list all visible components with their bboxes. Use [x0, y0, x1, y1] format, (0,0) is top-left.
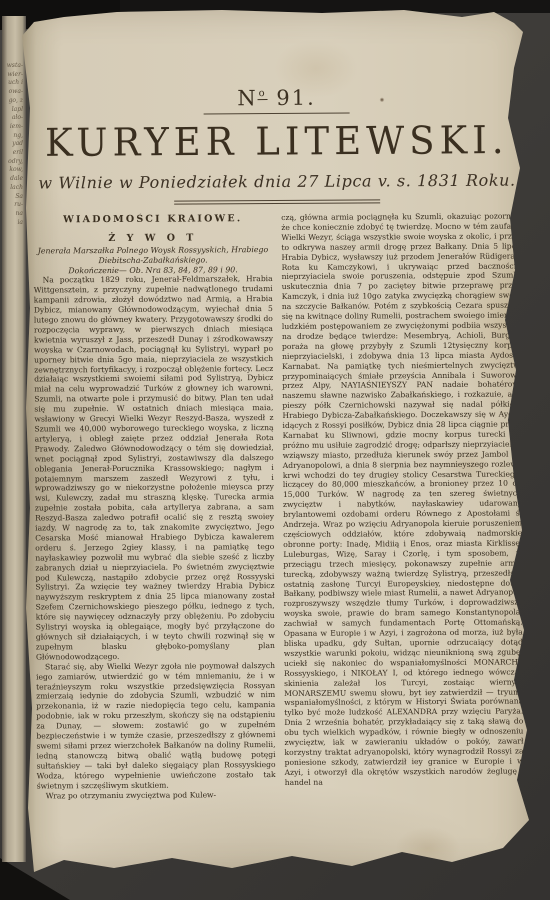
- issue-superscript: o: [258, 88, 268, 100]
- article-title: Ż Y W O T: [33, 232, 272, 244]
- masthead: No 91. KURYER LITEWSKI. w Wilnie w Ponie…: [32, 85, 521, 206]
- issue-rule: [204, 113, 350, 115]
- left-column: WIADOMOŚCI KRAIOWE. Ż Y W O T Jenerała M…: [33, 213, 276, 810]
- dateline: w Wilnie w Poniedziałek dnia 27 Lipca v.…: [33, 171, 521, 193]
- issue-digits: 91.: [268, 86, 316, 110]
- paragraph: Wraz po otrzymaniu zwycięztwa pod Kulew-: [37, 790, 276, 801]
- article-subtitle: Jenerała Marszałka Polnego Woysk Rossyys…: [33, 245, 272, 266]
- right-column: czą, główna armia pociągnęła ku Szumli, …: [281, 212, 524, 809]
- adjacent-page-edge: wsta- wier- uch i owa- go, z lapl ało- i…: [2, 16, 26, 862]
- newspaper-scan: wsta- wier- uch i owa- go, z lapl ało- i…: [0, 0, 550, 900]
- paragraph: Na początku 1829 roku, Jenerał-Feldmarsz…: [34, 274, 275, 662]
- article-columns: WIADOMOŚCI KRAIOWE. Ż Y W O T Jenerała M…: [33, 212, 525, 811]
- issue-prefix: N: [237, 86, 258, 110]
- section-header: WIADOMOŚCI KRAIOWE.: [33, 213, 272, 225]
- page-content: No 91. KURYER LITEWSKI. w Wilnie w Ponie…: [32, 11, 525, 811]
- paragraph: czą, główna armia pociągnęła ku Szumli, …: [281, 212, 524, 788]
- masthead-double-rule: [174, 199, 380, 204]
- newspaper-page: No 91. KURYER LITEWSKI. w Wilnie w Ponie…: [22, 8, 529, 874]
- newspaper-title: KURYER LITEWSKI.: [33, 118, 521, 166]
- issue-number: No 91.: [32, 85, 520, 112]
- spine-text-fragments: wsta- wier- uch i owa- go, z lapl ało- i…: [2, 16, 26, 227]
- paragraph: Starać się, aby Wielki Wezyr zgoła nie p…: [36, 661, 276, 791]
